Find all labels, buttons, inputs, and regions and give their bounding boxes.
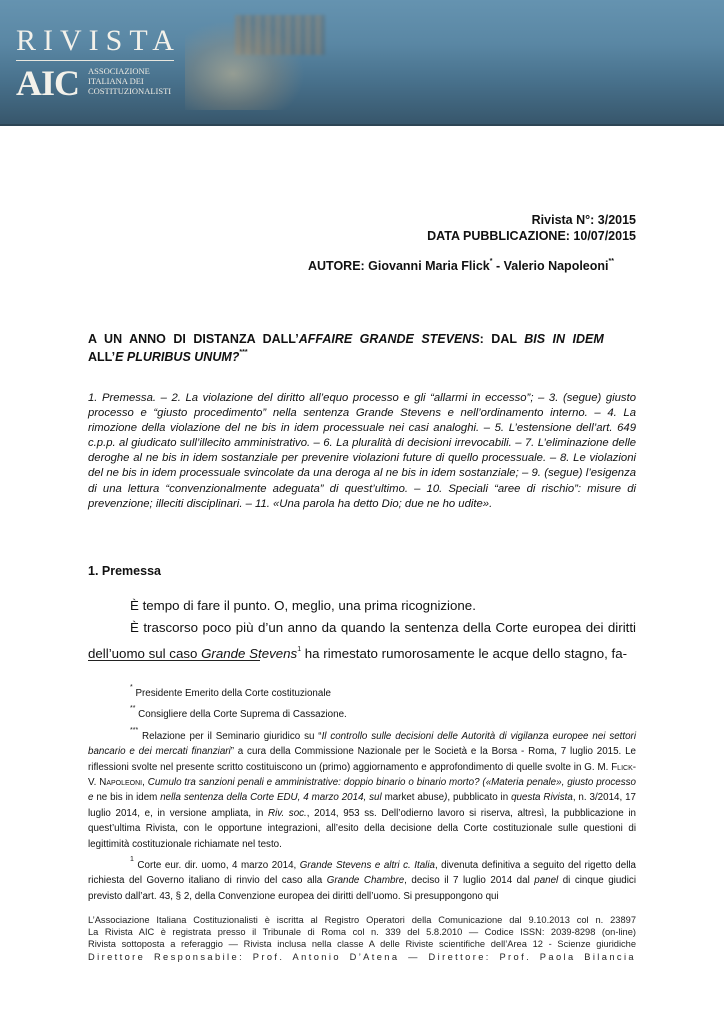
article-title: A UN ANNO DI DISTANZA DALL’AFFAIRE GRAND… bbox=[88, 332, 636, 364]
body-paragraph: È trascorso poco più d’un anno da quando… bbox=[88, 617, 636, 665]
footnote-text-italic: Grande Stevens e altri c. Italia bbox=[300, 860, 435, 871]
footnote-text: ne bis in idem bbox=[93, 792, 160, 803]
footnote: *** Relazione per il Seminario giuridico… bbox=[88, 723, 636, 852]
logo-aic: AIC bbox=[16, 62, 79, 104]
footnote-ref[interactable]: ** bbox=[609, 258, 614, 265]
logo-subtitle-line: ITALIANA DEI bbox=[88, 76, 171, 86]
logo-rivista: RIVISTA bbox=[16, 24, 181, 58]
footnote-text-italic: questa Rivista bbox=[511, 792, 573, 803]
table-of-contents: 1. Premessa. – 2. La violazione del diri… bbox=[88, 391, 636, 512]
footer-line: L’Associazione Italiana Costituzionalist… bbox=[88, 914, 636, 926]
footnote-divider bbox=[88, 660, 260, 661]
title-text: : DAL bbox=[480, 332, 525, 346]
body-text-italic: Grande Stevens bbox=[201, 646, 297, 661]
footnote-text-italic: Grande Chambre bbox=[327, 875, 404, 886]
title-text-italic: E PLURIBUS UNUM? bbox=[115, 350, 239, 364]
footnote-text-italic: panel bbox=[534, 875, 558, 886]
section-heading: 1. Premessa bbox=[88, 564, 161, 578]
footnote-text: , deciso il 7 luglio 2014 dal bbox=[404, 875, 534, 886]
title-text-italic: BIS IN IDEM bbox=[524, 332, 604, 346]
author-2: - Valerio Napoleoni bbox=[493, 259, 609, 273]
open-book-image bbox=[185, 20, 305, 110]
logo-divider bbox=[16, 60, 174, 61]
title-text: ALL’ bbox=[88, 350, 115, 364]
logo-subtitle-line: ASSOCIAZIONE bbox=[88, 66, 171, 76]
footnote-text-italic: nella sentenza della Corte EDU, 4 marzo … bbox=[160, 792, 381, 803]
footnote-text: Consigliere della Corte Suprema di Cassa… bbox=[135, 709, 346, 720]
footnote-text: Corte eur. dir. uomo, 4 marzo 2014, bbox=[134, 860, 300, 871]
footnote-text: market abuse bbox=[382, 792, 444, 803]
body-paragraph: È tempo di fare il punto. O, meglio, una… bbox=[88, 595, 636, 617]
author-smallcaps: Napoleoni bbox=[99, 777, 142, 788]
footnote: ** Consigliere della Corte Suprema di Ca… bbox=[88, 701, 636, 722]
footnote-text-italic: Riv. soc. bbox=[268, 808, 307, 819]
publication-date: DATA PUBBLICAZIONE: 10/07/2015 bbox=[427, 229, 636, 243]
banner-divider bbox=[0, 124, 724, 126]
footnote-mark: *** bbox=[130, 727, 138, 734]
title-text-italic: AFFAIRE GRANDE STEVENS bbox=[299, 332, 480, 346]
issue-number: Rivista N°: 3/2015 bbox=[532, 213, 636, 227]
page-footer: L’Associazione Italiana Costituzionalist… bbox=[88, 914, 636, 963]
footer-line: Rivista sottoposta a referaggio — Rivist… bbox=[88, 938, 636, 950]
author-line: AUTORE: Giovanni Maria Flick* - Valerio … bbox=[308, 258, 614, 273]
footnote-text: Presidente Emerito della Corte costituzi… bbox=[133, 688, 331, 699]
body-text: ha rimestato rumorosamente le acque dell… bbox=[301, 646, 627, 661]
author-smallcaps: Flick bbox=[611, 762, 633, 773]
footnote-text: , pubblicato in bbox=[447, 792, 511, 803]
title-text: A UN ANNO DI DISTANZA DALL’ bbox=[88, 332, 299, 346]
header-banner: RIVISTA AIC ASSOCIAZIONE ITALIANA DEI CO… bbox=[0, 0, 724, 125]
footnote: 1 Corte eur. dir. uomo, 4 marzo 2014, Gr… bbox=[88, 852, 636, 904]
footer-line: La Rivista AIC è registrata presso il Tr… bbox=[88, 926, 636, 938]
logo-subtitle-line: COSTITUZIONALISTI bbox=[88, 86, 171, 96]
footnotes: * Presidente Emerito della Corte costitu… bbox=[88, 680, 636, 904]
footnote: * Presidente Emerito della Corte costitu… bbox=[88, 680, 636, 701]
logo-subtitle: ASSOCIAZIONE ITALIANA DEI COSTITUZIONALI… bbox=[88, 66, 171, 96]
author-1: AUTORE: Giovanni Maria Flick bbox=[308, 259, 490, 273]
footer-directors: Direttore Responsabile: Prof. Antonio D’… bbox=[88, 951, 636, 963]
footnote-ref[interactable]: *** bbox=[239, 349, 247, 356]
footnote-text: Relazione per il Seminario giuridico su … bbox=[138, 731, 321, 742]
